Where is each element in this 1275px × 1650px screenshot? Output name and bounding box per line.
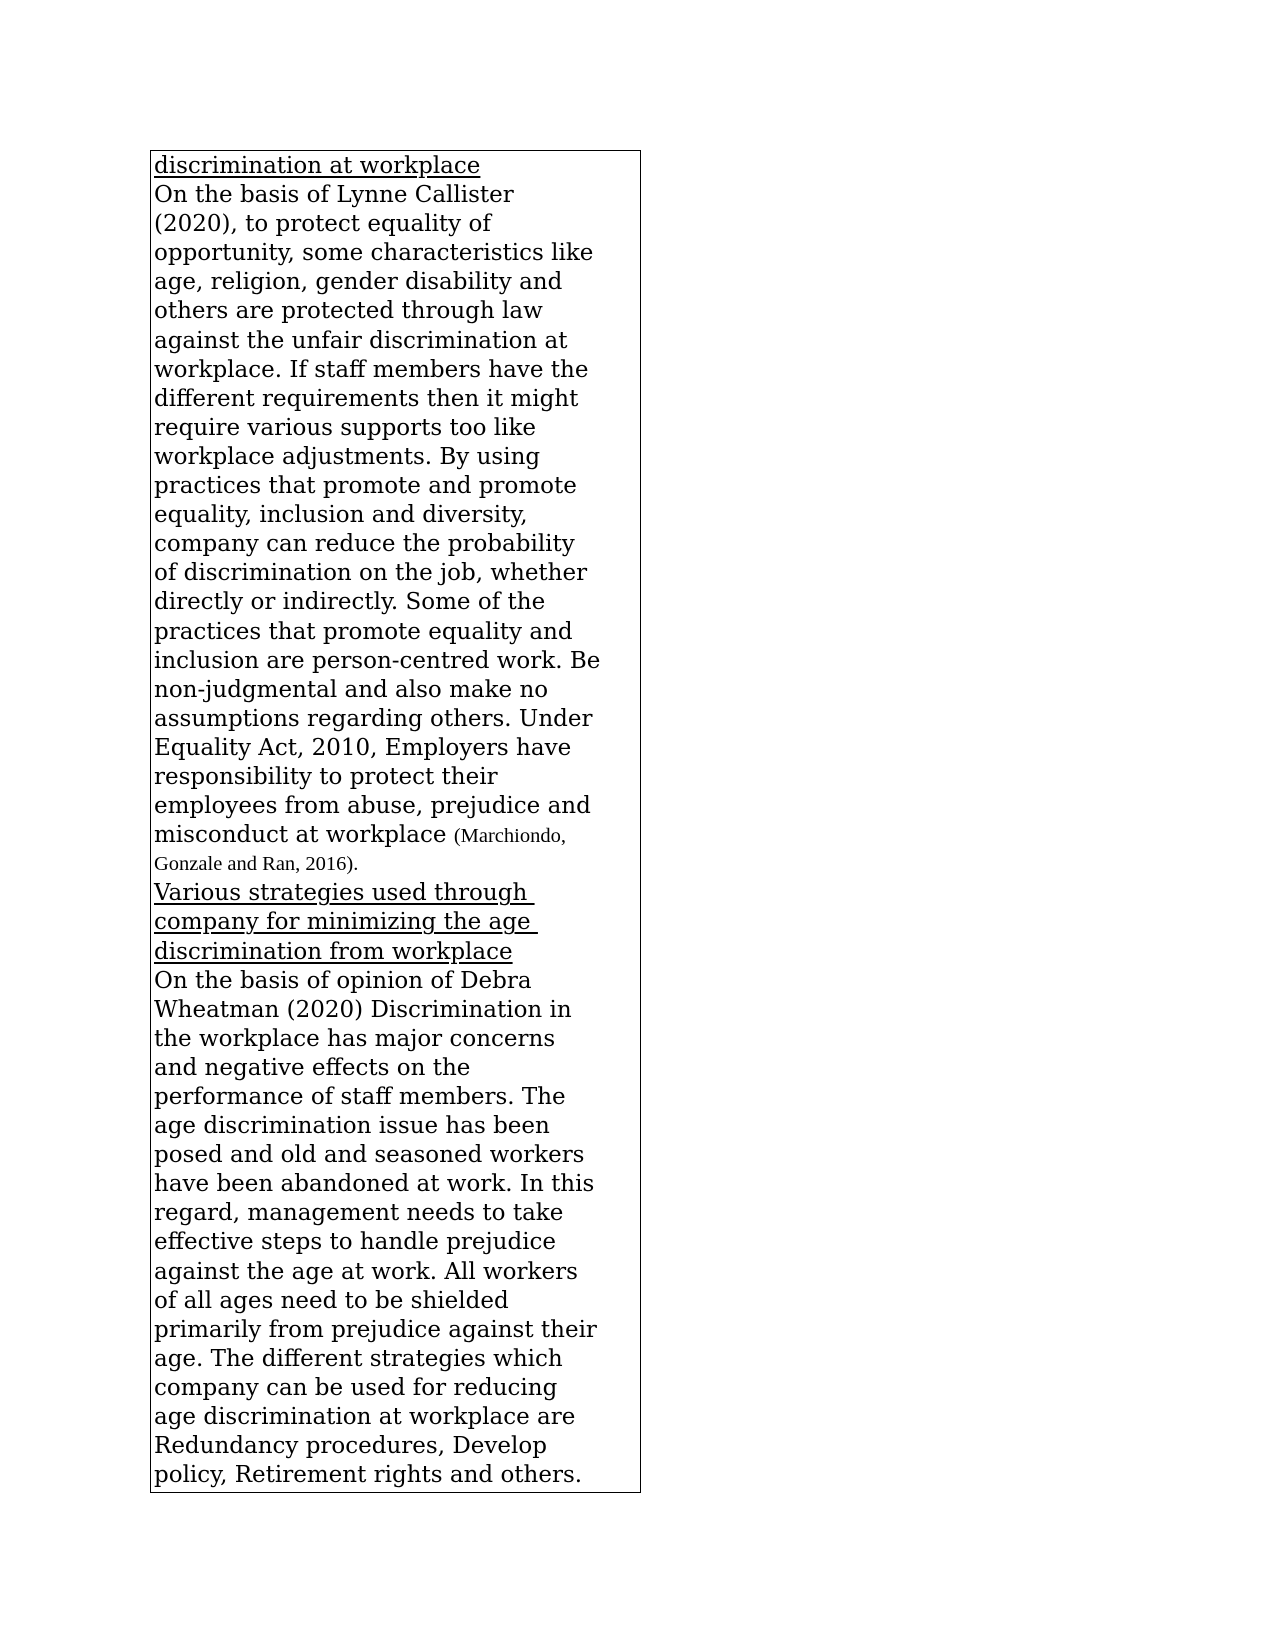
body-line: On the basis of opinion of Debra	[154, 967, 640, 996]
body-line: have been abandoned at work. In this	[154, 1170, 640, 1199]
body-line: (2020), to protect equality of	[154, 210, 640, 239]
body-line: Wheatman (2020) Discrimination in	[154, 996, 640, 1025]
document-page: discrimination at workplace On the basis…	[0, 0, 1275, 1650]
body-line: against the unfair discrimination at	[154, 327, 640, 356]
body-line: posed and old and seasoned workers	[154, 1141, 640, 1170]
body-line: responsibility to protect their	[154, 763, 640, 792]
body-line: workplace adjustments. By using	[154, 443, 640, 472]
body-line: age discrimination issue has been	[154, 1112, 640, 1141]
heading-line: discrimination at workplace	[154, 152, 640, 181]
heading-line: Various strategies used through	[154, 879, 640, 908]
body-line: of all ages need to be shielded	[154, 1287, 640, 1316]
body-line: non-judgmental and also make no	[154, 676, 640, 705]
body-line: company can reduce the probability	[154, 530, 640, 559]
body-line: against the age at work. All workers	[154, 1258, 640, 1287]
citation-line: Gonzale and Ran, 2016).	[154, 850, 640, 879]
body-line: policy, Retirement rights and others.	[154, 1461, 640, 1490]
body-line: practices that promote and promote	[154, 472, 640, 501]
body-line: employees from abuse, prejudice and	[154, 792, 640, 821]
body-line: primarily from prejudice against their	[154, 1316, 640, 1345]
body-line: assumptions regarding others. Under	[154, 705, 640, 734]
body-line: others are protected through law	[154, 297, 640, 326]
body-line: the workplace has major concerns	[154, 1025, 640, 1054]
citation-text: (Marchiondo,	[454, 825, 566, 847]
body-line: performance of staff members. The	[154, 1083, 640, 1112]
body-line: Redundancy procedures, Develop	[154, 1432, 640, 1461]
body-line: of discrimination on the job, whether	[154, 559, 640, 588]
body-line: practices that promote equality and	[154, 618, 640, 647]
body-line: effective steps to handle prejudice	[154, 1228, 640, 1257]
body-line-with-citation: misconduct at workplace (Marchiondo,	[154, 821, 640, 850]
heading-line: discrimination from workplace	[154, 938, 640, 967]
body-line: On the basis of Lynne Callister	[154, 181, 640, 210]
body-line: inclusion are person-centred work. Be	[154, 647, 640, 676]
body-line: equality, inclusion and diversity,	[154, 501, 640, 530]
body-line: workplace. If staff members have the	[154, 356, 640, 385]
heading-line: company for minimizing the age	[154, 908, 640, 937]
body-line: company can be used for reducing	[154, 1374, 640, 1403]
body-line: age, religion, gender disability and	[154, 268, 640, 297]
body-line: opportunity, some characteristics like	[154, 239, 640, 268]
body-line: require various supports too like	[154, 414, 640, 443]
body-line: directly or indirectly. Some of the	[154, 588, 640, 617]
body-text: misconduct at workplace	[154, 822, 454, 848]
body-line: different requirements then it might	[154, 385, 640, 414]
body-line: age discrimination at workplace are	[154, 1403, 640, 1432]
text-box: discrimination at workplace On the basis…	[150, 150, 641, 1493]
body-line: age. The different strategies which	[154, 1345, 640, 1374]
body-line: Equality Act, 2010, Employers have	[154, 734, 640, 763]
body-line: regard, management needs to take	[154, 1199, 640, 1228]
body-line: and negative effects on the	[154, 1054, 640, 1083]
